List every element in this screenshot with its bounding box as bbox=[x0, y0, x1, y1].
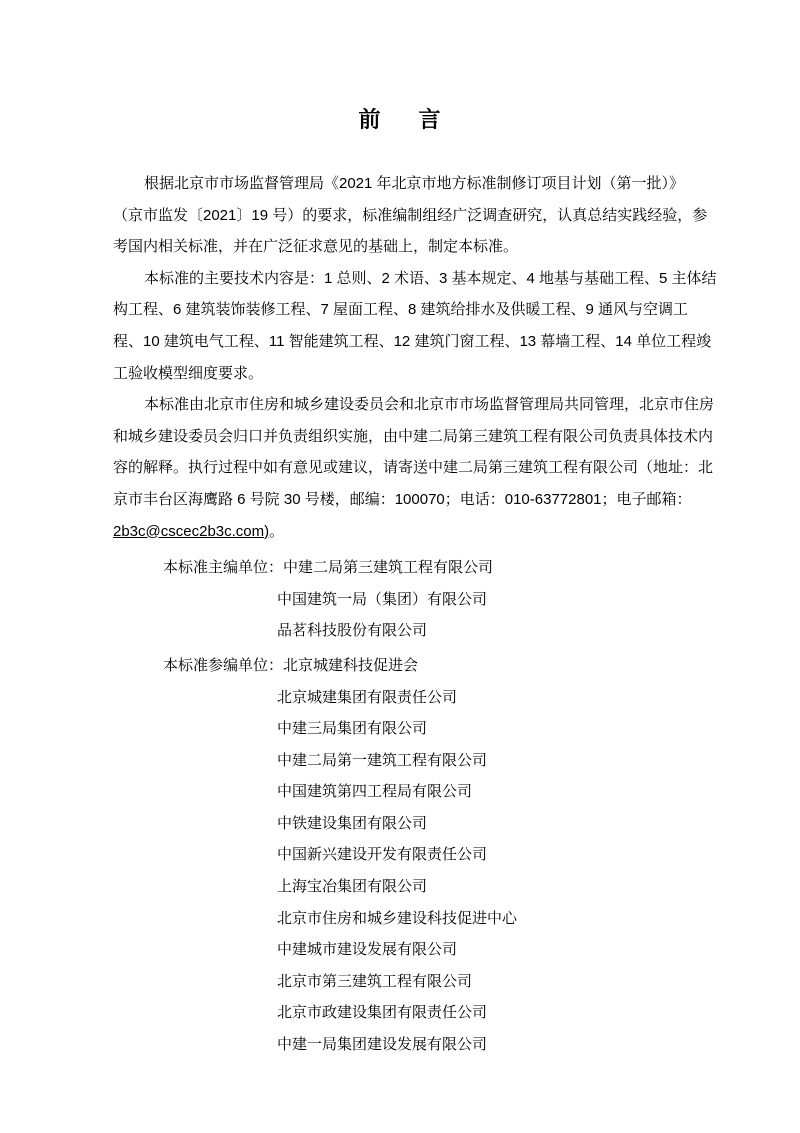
unit-row: 中建二局第一建筑工程有限公司 bbox=[113, 745, 700, 777]
text-line: 根据北京市市场监督管理局《2021 年北京市地方标准制修订项目计划（第一批）》 bbox=[113, 168, 700, 200]
unit-name: 中建一局集团建设发展有限公司 bbox=[277, 1036, 487, 1053]
paragraph: 本标准由北京市住房和城乡建设委员会和北京市市场监督管理局共同管理，北京市住房和城… bbox=[113, 389, 700, 515]
units-section: 本标准主编单位：中建二局第三建筑工程有限公司中国建筑一局（集团）有限公司品茗科技… bbox=[113, 552, 700, 1061]
unit-group: 本标准参编单位：北京城建科技促进会北京城建集团有限责任公司中建三局集团有限公司中… bbox=[113, 650, 700, 1061]
paragraph: 本标准的主要技术内容是：1 总则、2 术语、3 基本规定、4 地基与基础工程、5… bbox=[113, 263, 700, 389]
unit-name: 品茗科技股份有限公司 bbox=[277, 622, 427, 639]
unit-name: 中建二局第三建筑工程有限公司 bbox=[283, 559, 493, 576]
unit-label: 本标准主编单位： bbox=[163, 552, 283, 584]
unit-name: 中建二局第一建筑工程有限公司 bbox=[277, 752, 487, 769]
paragraph: 根据北京市市场监督管理局《2021 年北京市地方标准制修订项目计划（第一批）》（… bbox=[113, 168, 700, 263]
text-line: 工验收模型细度要求。 bbox=[113, 358, 700, 390]
unit-name: 北京市政建设集团有限责任公司 bbox=[277, 1004, 487, 1021]
unit-row: 中建三局集团有限公司 bbox=[113, 713, 700, 745]
document-body: 根据北京市市场监督管理局《2021 年北京市地方标准制修订项目计划（第一批）》（… bbox=[113, 168, 700, 1061]
unit-name: 中国建筑一局（集团）有限公司 bbox=[277, 591, 487, 608]
unit-name: 中建城市建设发展有限公司 bbox=[277, 941, 457, 958]
unit-row: 上海宝冶集团有限公司 bbox=[113, 871, 700, 903]
paragraphs: 根据北京市市场监督管理局《2021 年北京市地方标准制修订项目计划（第一批）》（… bbox=[113, 168, 700, 516]
text-line: 构工程、6 建筑装饰装修工程、7 屋面工程、8 建筑给排水及供暖工程、9 通风与… bbox=[113, 294, 700, 326]
unit-row: 北京市住房和城乡建设科技促进中心 bbox=[113, 903, 700, 935]
unit-row: 中国新兴建设开发有限责任公司 bbox=[113, 839, 700, 871]
text-line: 和城乡建设委员会归口并负责组织实施，由中建二局第三建筑工程有限公司负责具体技术内 bbox=[113, 421, 700, 453]
unit-name: 北京城建科技促进会 bbox=[283, 657, 418, 674]
unit-row: 北京市第三建筑工程有限公司 bbox=[113, 966, 700, 998]
unit-row: 中铁建设集团有限公司 bbox=[113, 808, 700, 840]
page-title: 前 言 bbox=[0, 0, 800, 134]
unit-name: 北京市住房和城乡建设科技促进中心 bbox=[277, 910, 517, 927]
text-line: 容的解释。执行过程中如有意见或建议，请寄送中建二局第三建筑工程有限公司（地址：北 bbox=[113, 452, 700, 484]
text-line: 本标准由北京市住房和城乡建设委员会和北京市市场监督管理局共同管理，北京市住房 bbox=[113, 389, 700, 421]
text-line: 本标准的主要技术内容是：1 总则、2 术语、3 基本规定、4 地基与基础工程、5… bbox=[113, 263, 700, 295]
unit-name: 北京市第三建筑工程有限公司 bbox=[277, 973, 472, 990]
unit-row: 中国建筑第四工程局有限公司 bbox=[113, 776, 700, 808]
unit-row: 北京市政建设集团有限责任公司 bbox=[113, 997, 700, 1029]
unit-row: 北京城建集团有限责任公司 bbox=[113, 682, 700, 714]
email-link[interactable]: 2b3c@cscec2b3c.com) bbox=[113, 523, 269, 540]
text-line: （京市监发〔2021〕19 号）的要求，标准编制组经广泛调查研究，认真总结实践经… bbox=[113, 200, 700, 232]
text-line: 程、10 建筑电气工程、11 智能建筑工程、12 建筑门窗工程、13 幕墙工程、… bbox=[113, 326, 700, 358]
contact-email-line: 2b3c@cscec2b3c.com)。 bbox=[113, 516, 700, 548]
unit-name: 中国新兴建设开发有限责任公司 bbox=[277, 846, 487, 863]
text-line: 京市丰台区海鹰路 6 号院 30 号楼，邮编：100070；电话：010-637… bbox=[113, 484, 700, 516]
unit-name: 上海宝冶集团有限公司 bbox=[277, 878, 427, 895]
unit-row: 本标准主编单位：中建二局第三建筑工程有限公司 bbox=[113, 552, 700, 584]
unit-label: 本标准参编单位： bbox=[163, 650, 283, 682]
unit-row: 本标准参编单位：北京城建科技促进会 bbox=[113, 650, 700, 682]
document-page: 前 言 根据北京市市场监督管理局《2021 年北京市地方标准制修订项目计划（第一… bbox=[0, 0, 800, 1133]
unit-row: 中国建筑一局（集团）有限公司 bbox=[113, 584, 700, 616]
unit-group: 本标准主编单位：中建二局第三建筑工程有限公司中国建筑一局（集团）有限公司品茗科技… bbox=[113, 552, 700, 647]
unit-name: 北京城建集团有限责任公司 bbox=[277, 689, 457, 706]
text-line: 考国内相关标准，并在广泛征求意见的基础上，制定本标准。 bbox=[113, 231, 700, 263]
email-suffix: 。 bbox=[269, 523, 284, 540]
unit-name: 中国建筑第四工程局有限公司 bbox=[277, 783, 472, 800]
unit-name: 中建三局集团有限公司 bbox=[277, 720, 427, 737]
unit-row: 品茗科技股份有限公司 bbox=[113, 615, 700, 647]
unit-name: 中铁建设集团有限公司 bbox=[277, 815, 427, 832]
unit-row: 中建城市建设发展有限公司 bbox=[113, 934, 700, 966]
unit-row: 中建一局集团建设发展有限公司 bbox=[113, 1029, 700, 1061]
